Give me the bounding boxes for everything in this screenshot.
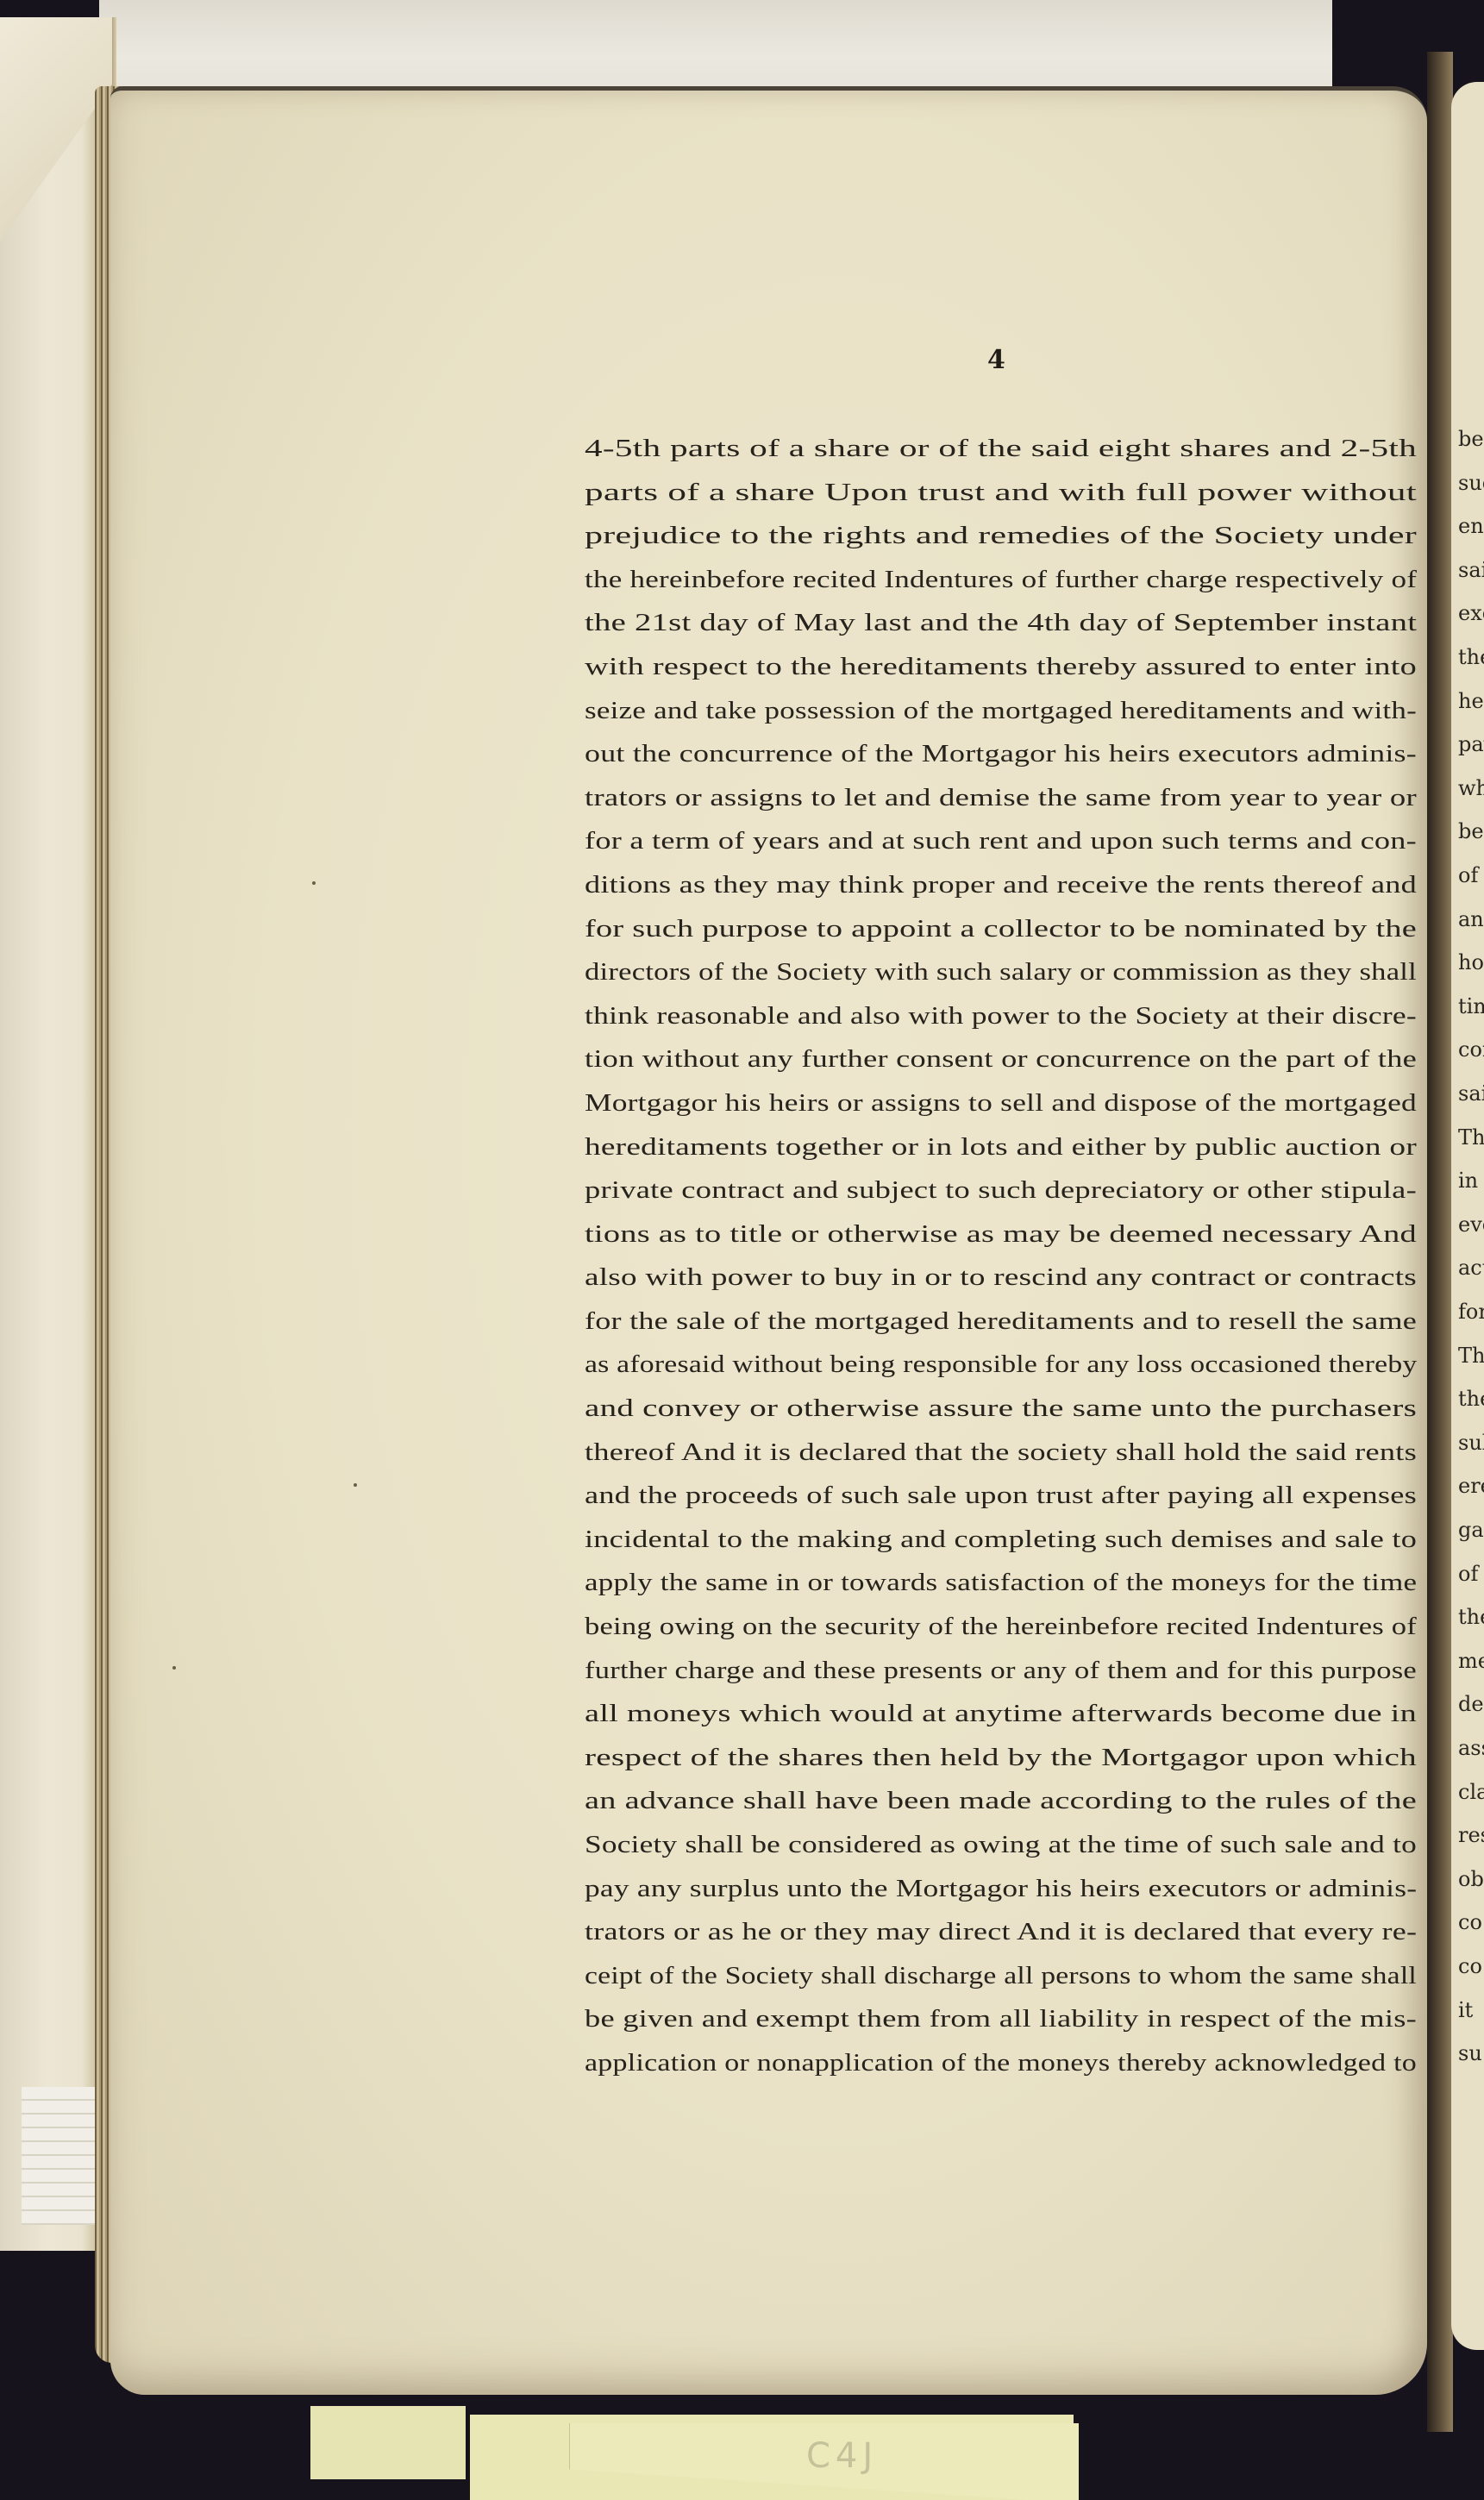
yellow-slip-left xyxy=(310,2406,466,2479)
next-page-fragment: ob xyxy=(1458,1867,1484,1891)
text-line: be given and exempt them from all liabil… xyxy=(585,1997,1417,2041)
next-page-fragment: co xyxy=(1458,1954,1482,1978)
text-line: all moneys which would at anytime afterw… xyxy=(585,1692,1417,1736)
next-page-fragment: act xyxy=(1458,1256,1484,1280)
text-line: and the proceeds of such sale upon trust… xyxy=(585,1474,1417,1518)
next-page-fragment: hol xyxy=(1458,950,1484,974)
text-line: for such purpose to appoint a collector … xyxy=(585,907,1417,951)
text-line: being owing on the security of the herei… xyxy=(585,1605,1417,1649)
next-page-fragment: pay xyxy=(1458,732,1484,756)
paper-speck xyxy=(354,1483,357,1487)
next-page-fragment: ass xyxy=(1458,1736,1484,1760)
next-page-fragment: in t xyxy=(1458,1169,1484,1193)
text-line: prejudice to the rights and remedies of … xyxy=(585,514,1417,558)
text-line: for a term of years and at such rent and… xyxy=(585,819,1417,863)
slip-pencil-label: C4J xyxy=(806,2436,878,2476)
text-line: application or nonapplication of the mon… xyxy=(585,2041,1417,2085)
next-page-edge: besucengsaidexetheheipaywhibecofandholti… xyxy=(1451,82,1484,2350)
next-page-fragment: exe xyxy=(1458,601,1484,625)
next-page-fragment: bec xyxy=(1458,819,1484,843)
next-page-fragment: ere xyxy=(1458,1474,1484,1498)
text-line: directors of the Society with such salar… xyxy=(585,950,1417,994)
text-line: the hereinbefore recited Indentures of f… xyxy=(585,558,1417,602)
text-line: with respect to the hereditaments thereb… xyxy=(585,645,1417,689)
next-page-fragment: tim xyxy=(1458,994,1484,1018)
next-page-fragment: suc xyxy=(1458,471,1484,495)
next-page-fragment: su xyxy=(1458,2041,1482,2065)
text-line: out the concurrence of the Mortgagor his… xyxy=(585,732,1417,776)
body-text: 4-5th parts of a share or of the said ei… xyxy=(585,427,1417,2085)
text-line: for the sale of the mortgaged hereditame… xyxy=(585,1300,1417,1344)
next-page-fragment: Tha xyxy=(1458,1125,1484,1150)
gutter-shadow xyxy=(1427,52,1453,2432)
next-page-fragment: and xyxy=(1458,907,1484,931)
next-page-fragment: it xyxy=(1458,1998,1473,2022)
text-line: trators or assigns to let and demise the… xyxy=(585,776,1417,820)
text-line: further charge and these presents or any… xyxy=(585,1649,1417,1693)
text-line: tions as to title or otherwise as may be… xyxy=(585,1212,1417,1256)
text-line: an advance shall have been made accordin… xyxy=(585,1779,1417,1823)
text-line: seize and take possession of the mortgag… xyxy=(585,689,1417,733)
next-page-fragment: Tha xyxy=(1458,1344,1484,1368)
text-line: tion without any further consent or conc… xyxy=(585,1037,1417,1081)
next-page-fragment: the xyxy=(1458,1387,1484,1411)
next-page-fragment: hei xyxy=(1458,689,1484,713)
next-page-fragment: cla xyxy=(1458,1780,1484,1804)
text-line: the 21st day of May last and the 4th day… xyxy=(585,601,1417,645)
next-page-fragment: def xyxy=(1458,1692,1484,1716)
text-line: think reasonable and also with power to … xyxy=(585,994,1417,1038)
text-line: also with power to buy in or to rescind … xyxy=(585,1256,1417,1300)
text-line: as aforesaid without being responsible f… xyxy=(585,1343,1417,1387)
next-page-fragment: of xyxy=(1458,1562,1478,1586)
page-number: 4 xyxy=(987,345,1005,375)
text-line: trators or as he or they may direct And … xyxy=(585,1910,1417,1954)
text-line: apply the same in or towards satisfactio… xyxy=(585,1561,1417,1605)
text-line: incidental to the making and completing … xyxy=(585,1518,1417,1562)
text-line: Mortgagor his heirs or assigns to sell a… xyxy=(585,1081,1417,1125)
next-page-fragment: co xyxy=(1458,1910,1482,1934)
text-line: ceipt of the Society shall discharge all… xyxy=(585,1954,1417,1998)
text-line: parts of a share Upon trust and with ful… xyxy=(585,471,1417,515)
backing-sheet xyxy=(99,0,1332,95)
text-line: hereditaments together or in lots and ei… xyxy=(585,1125,1417,1169)
text-line: thereof And it is declared that the soci… xyxy=(585,1431,1417,1475)
text-line: private contract and subject to such dep… xyxy=(585,1169,1417,1212)
next-page-fragment: gag xyxy=(1458,1518,1484,1542)
text-line: pay any surplus unto the Mortgagor his h… xyxy=(585,1867,1417,1911)
next-page-fragment: sub xyxy=(1458,1431,1484,1455)
next-page-fragment: eve xyxy=(1458,1212,1484,1237)
next-page-fragment: eng xyxy=(1458,514,1484,538)
paper-speck xyxy=(312,881,316,885)
text-line: and convey or otherwise assure the same … xyxy=(585,1387,1417,1431)
next-page-fragment: of xyxy=(1458,863,1478,887)
text-line: respect of the shares then held by the M… xyxy=(585,1736,1417,1780)
next-page-fragment: for xyxy=(1458,1300,1484,1324)
next-page-fragment: the xyxy=(1458,1605,1484,1629)
next-page-fragment: res xyxy=(1458,1823,1484,1847)
next-page-fragment: said xyxy=(1458,1081,1484,1106)
text-line: Society shall be considered as owing at … xyxy=(585,1823,1417,1867)
next-page-fragment: said xyxy=(1458,558,1484,582)
next-page-fragment: be xyxy=(1458,427,1484,451)
text-line: 4-5th parts of a share or of the said ei… xyxy=(585,427,1417,471)
next-page-fragment: me xyxy=(1458,1649,1484,1673)
next-page-fragment: the xyxy=(1458,645,1484,669)
text-line: ditions as they may think proper and rec… xyxy=(585,863,1417,907)
next-page-fragment: whi xyxy=(1458,776,1484,800)
paper-speck xyxy=(172,1666,176,1670)
next-page-fragment: con xyxy=(1458,1037,1484,1062)
